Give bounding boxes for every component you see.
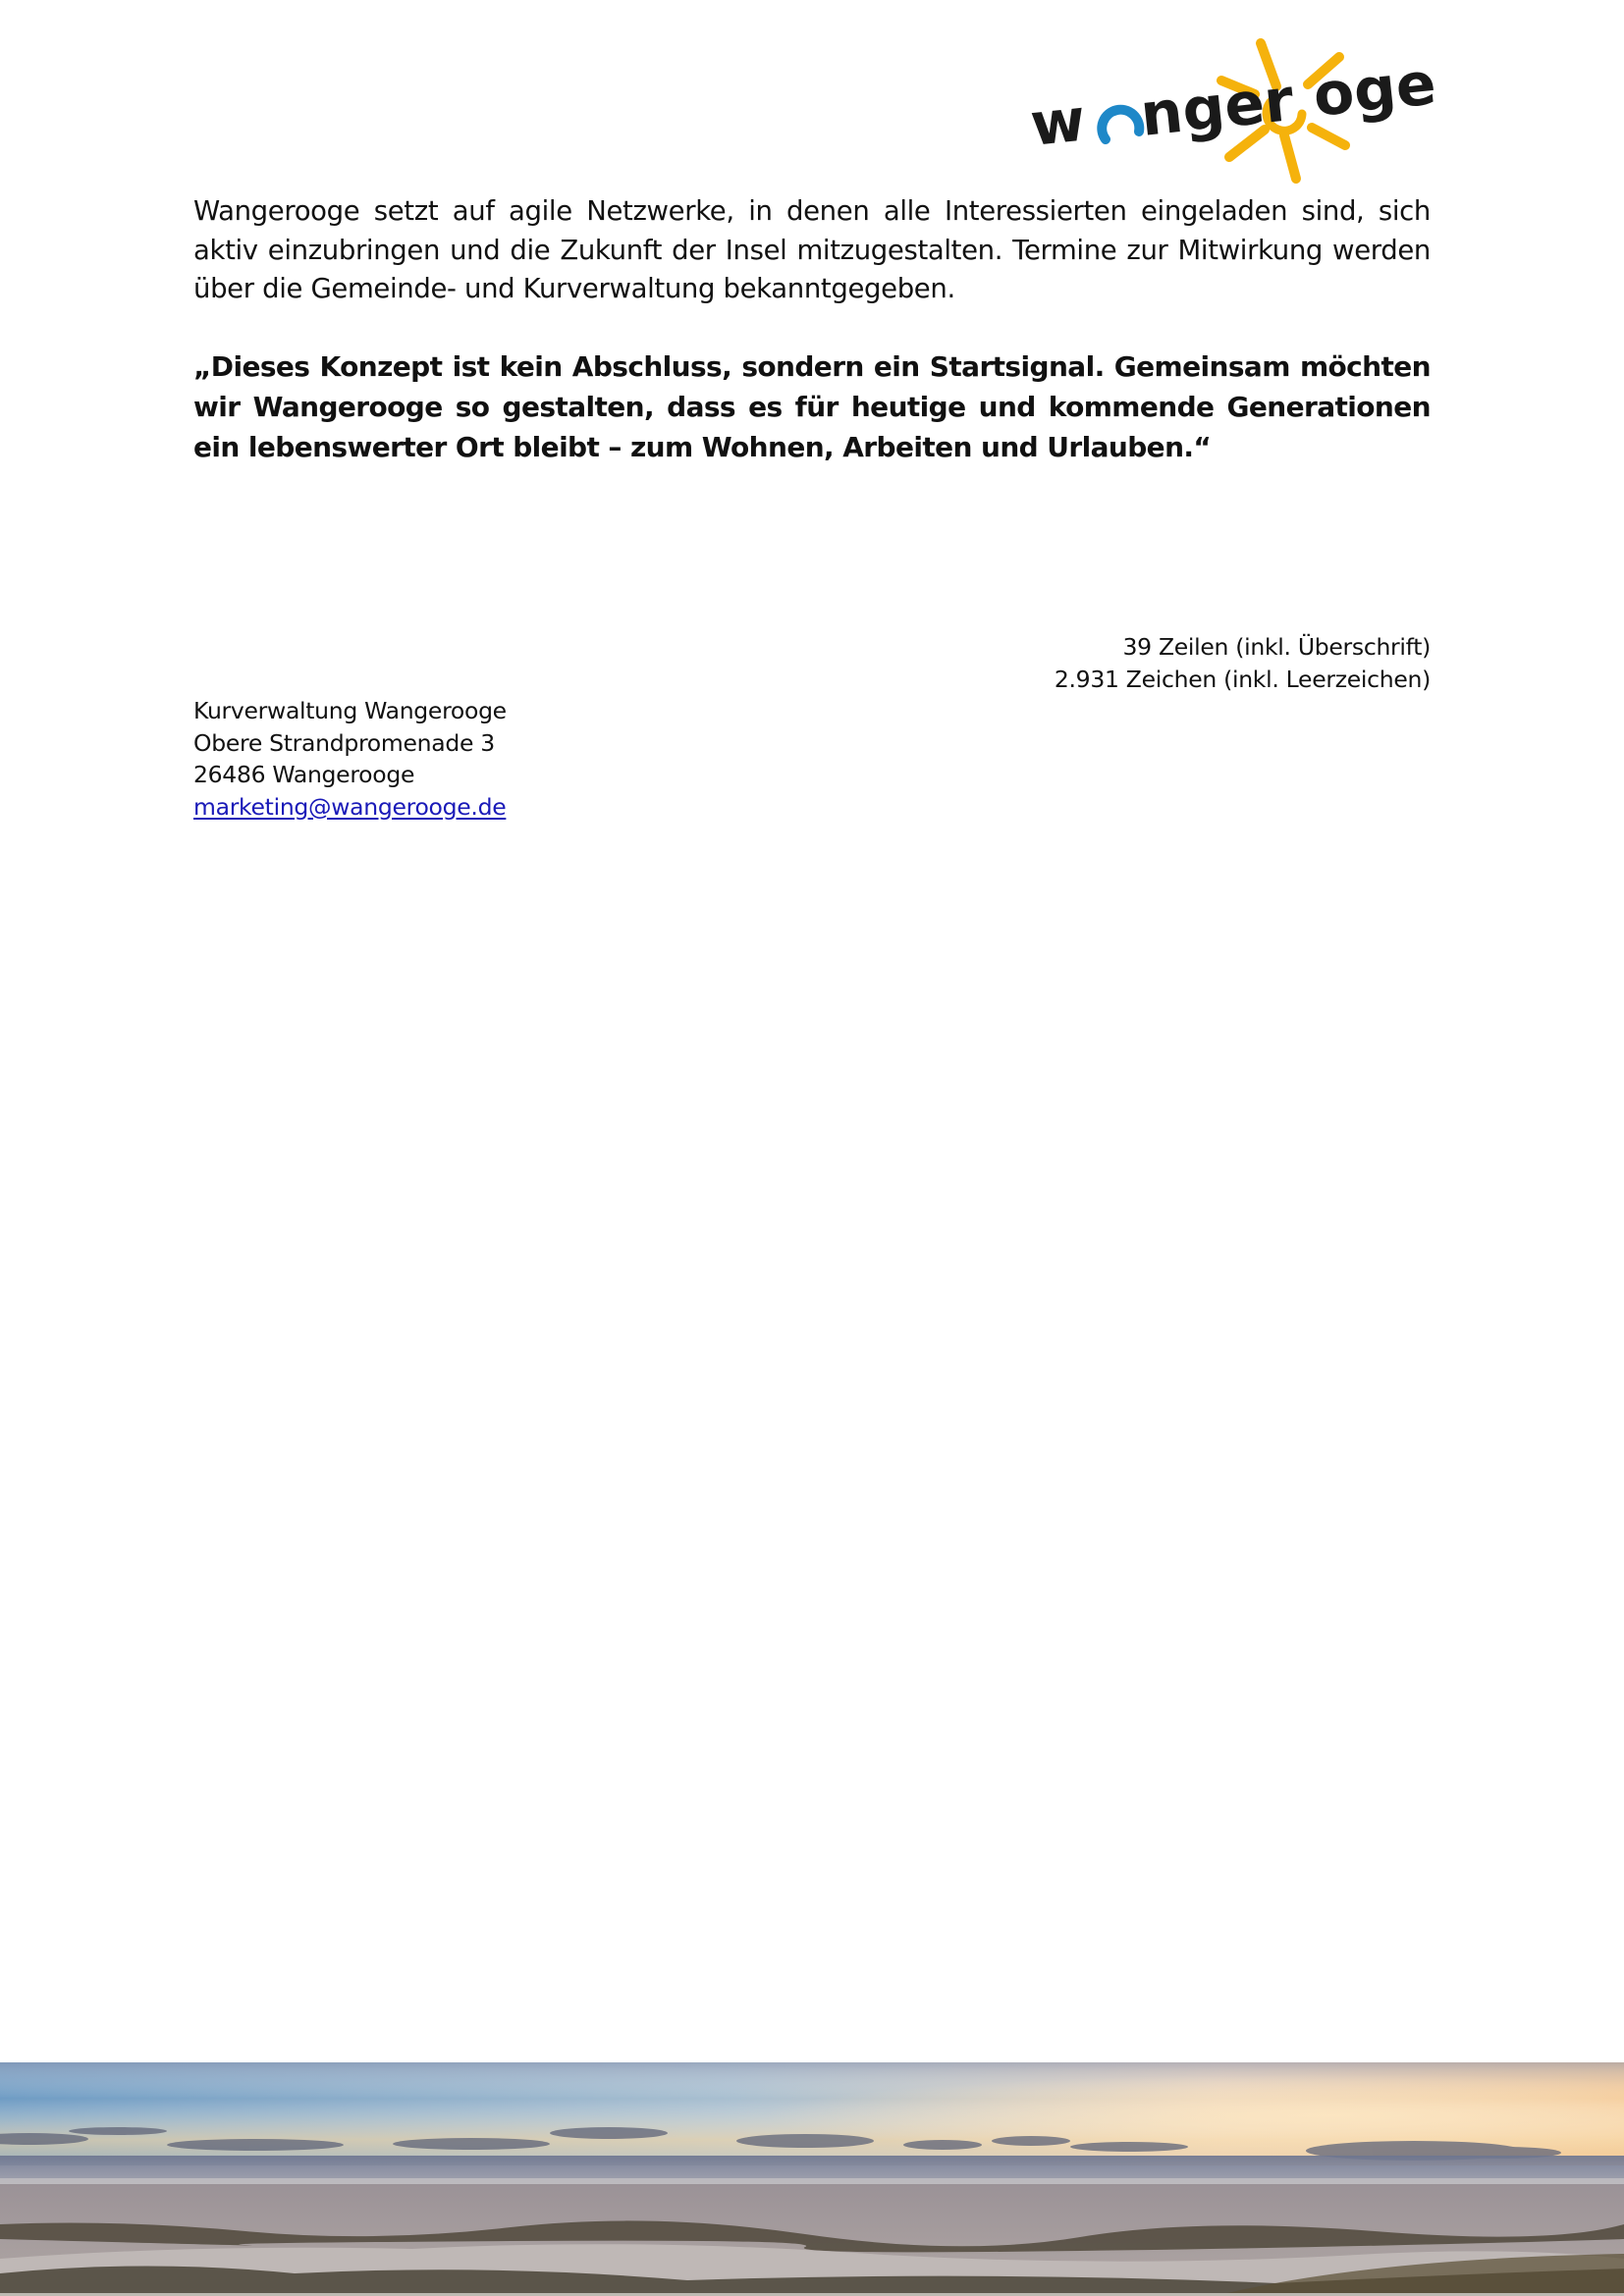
- contact-block: Kurverwaltung Wangerooge Obere Strandpro…: [193, 695, 507, 823]
- contact-email-link[interactable]: marketing@wangerooge.de: [193, 793, 506, 821]
- logo-letters-oge: oge: [1310, 49, 1439, 131]
- beach-panorama-image: [0, 2062, 1624, 2293]
- character-count: 2.931 Zeichen (inkl. Leerzeichen): [1055, 664, 1431, 696]
- text-statistics: 39 Zeilen (inkl. Überschrift) 2.931 Zeic…: [1055, 631, 1431, 696]
- logo-letter-w: w: [1027, 86, 1088, 160]
- logo-graphic: w nger oge: [1021, 29, 1453, 196]
- contact-city: 26486 Wangerooge: [193, 759, 507, 791]
- wangerooge-logo: w nger oge: [1021, 29, 1453, 196]
- intro-paragraph: Wangerooge setzt auf agile Netzwerke, in…: [193, 192, 1431, 309]
- beach-panorama-banner: [0, 2062, 1624, 2293]
- logo-letters-nger: nger: [1137, 66, 1297, 150]
- contact-organization: Kurverwaltung Wangerooge: [193, 695, 507, 727]
- logo-wordmark: w nger oge: [1027, 49, 1439, 160]
- contact-street: Obere Strandpromenade 3: [193, 727, 507, 760]
- closing-quote: „Dieses Konzept ist kein Abschluss, sond…: [193, 347, 1431, 467]
- wave-a-icon: [1102, 110, 1139, 139]
- line-count: 39 Zeilen (inkl. Überschrift): [1055, 631, 1431, 664]
